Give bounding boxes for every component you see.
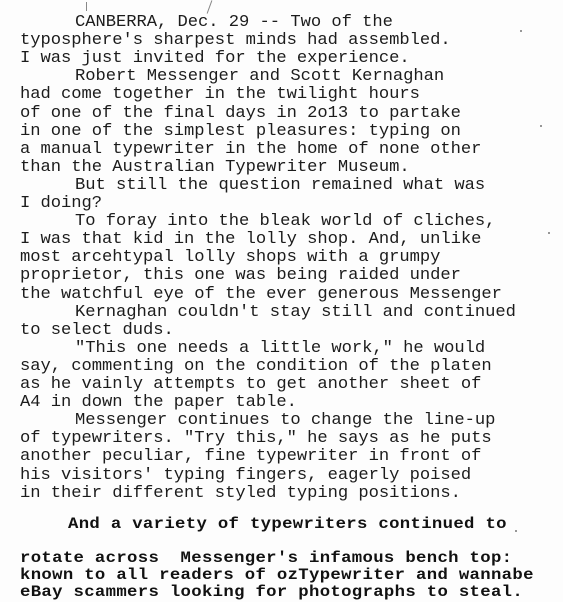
text-line: a manual typewriter in the home of none … xyxy=(20,141,481,159)
text-line: another peculiar, fine typewriter in fro… xyxy=(20,448,481,466)
text-line: the watchful eye of the ever generous Me… xyxy=(20,286,502,304)
text-line: A4 in down the paper table. xyxy=(20,394,297,412)
ink-speck xyxy=(520,30,522,32)
text-line: proprietor, this one was being raided un… xyxy=(20,267,461,285)
text-line: I was that kid in the lolly shop. And, u… xyxy=(20,231,481,249)
text-line-alt-typeface: eBay scammers looking for photographs to… xyxy=(20,583,523,601)
text-line-alt-typeface: known to all readers of ozTypewriter and… xyxy=(20,566,534,584)
text-line: of one of the final days in 2o13 to part… xyxy=(20,105,461,123)
text-line: to select duds. xyxy=(20,322,174,340)
text-line: than the Australian Typewriter Museum. xyxy=(20,159,410,177)
text-line: of typewriters. "Try this," he says as h… xyxy=(20,430,492,448)
text-line: I was just invited for the experience. xyxy=(20,50,410,68)
text-line: But still the question remained what was xyxy=(75,177,485,195)
text-line-alt-typeface: rotate across Messenger's infamous bench… xyxy=(20,549,512,567)
typewritten-page: CANBERRA, Dec. 29 -- Two of thetypospher… xyxy=(0,0,563,602)
ink-speck xyxy=(515,530,517,532)
text-line: typosphere's sharpest minds had assemble… xyxy=(20,32,451,50)
text-line: CANBERRA, Dec. 29 -- Two of the xyxy=(75,14,393,32)
text-line: most arcehtypal lolly shops with a grump… xyxy=(20,249,440,267)
ink-mark xyxy=(207,0,213,13)
text-line: To foray into the bleak world of cliches… xyxy=(75,213,495,231)
text-line: Robert Messenger and Scott Kernaghan xyxy=(75,68,444,86)
ink-mark xyxy=(86,2,87,11)
text-line: as he vainly attempts to get another she… xyxy=(20,376,481,394)
text-line: Kernaghan couldn't stay still and contin… xyxy=(75,304,516,322)
text-line: say, commenting on the condition of the … xyxy=(20,358,492,376)
text-line: his visitors' typing fingers, eagerly po… xyxy=(20,467,471,485)
text-line: "This one needs a little work," he would xyxy=(75,340,485,358)
ink-speck xyxy=(540,125,542,127)
text-line: had come together in the twilight hours xyxy=(20,86,420,104)
text-line: I doing? xyxy=(20,195,102,213)
text-line: in one of the simplest pleasures: typing… xyxy=(20,123,461,141)
text-line-alt-typeface: And a variety of typewriters continued t… xyxy=(68,515,507,533)
text-line: Messenger continues to change the line-u… xyxy=(75,412,495,430)
ink-speck xyxy=(548,232,550,234)
text-line: in their different styled typing positio… xyxy=(20,485,461,503)
